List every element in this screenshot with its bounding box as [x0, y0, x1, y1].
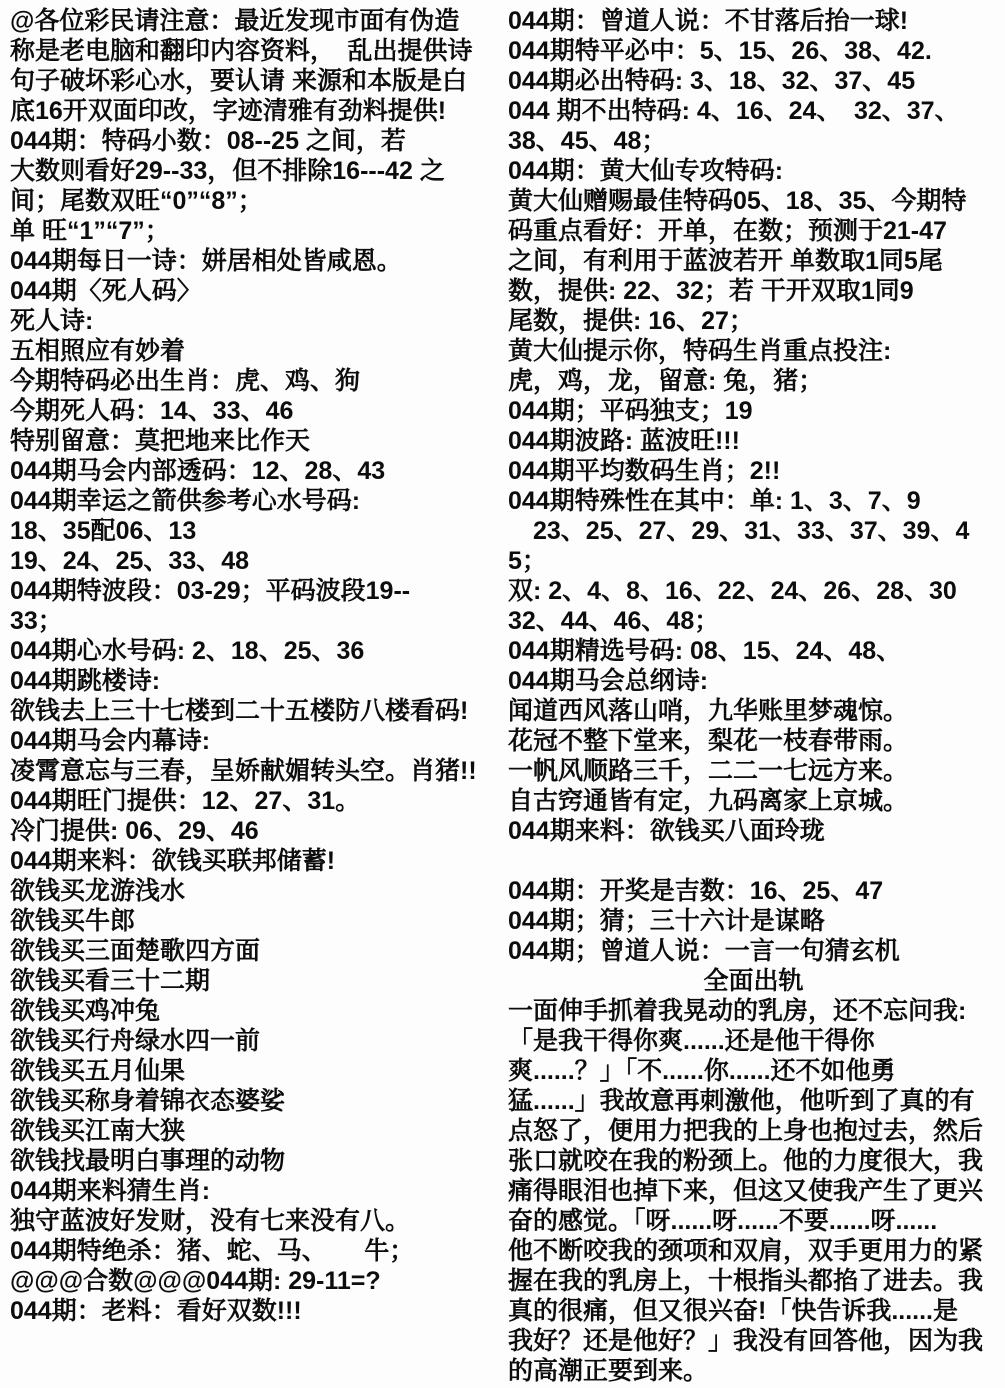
- text-line: 大数则看好29--33，但不排除16---42 之: [10, 156, 496, 186]
- text-line: 之间，有利用于蓝波若开 单数取1同5尾: [508, 246, 999, 276]
- text-line: 23、25、27、29、31、33、37、39、45；: [508, 516, 999, 576]
- text-line: 爽......？」「不......你......还不如他勇: [508, 1056, 999, 1086]
- text-line: 044期平均数码生肖；2!!: [508, 456, 999, 486]
- text-line: 38、45、48；: [508, 126, 999, 156]
- text-line: 044期跳楼诗:: [10, 666, 496, 696]
- text-line: 的高潮正要到来。: [508, 1356, 999, 1386]
- text-line: [508, 846, 999, 876]
- text-line: 黄大仙提示你，特码生肖重点投注:: [508, 336, 999, 366]
- text-line: 一面伸手抓着我晃动的乳房，还不忘问我:: [508, 996, 999, 1026]
- text-line: 044期来料：欲钱买联邦储蓄!: [10, 846, 496, 876]
- text-line: 044期特平必中：5、15、26、38、42.: [508, 36, 999, 66]
- text-line: 欲钱买看三十二期: [10, 966, 496, 996]
- text-line: 欲钱买行舟绿水四一前: [10, 1026, 496, 1056]
- text-line: 19、24、25、33、48: [10, 546, 496, 576]
- text-line: 握在我的乳房上，十根指头都掐了进去。我: [508, 1266, 999, 1296]
- text-line: 单 旺“1”“7”；: [10, 216, 496, 246]
- text-line: 33；: [10, 606, 496, 636]
- text-line: 欲钱买江南大狭: [10, 1116, 496, 1146]
- text-line: 044期来料猜生肖:: [10, 1176, 496, 1206]
- text-line: 欲钱买三面楚歌四方面: [10, 936, 496, 966]
- text-line: 044 期不出特码: 4、16、24、 32、37、: [508, 96, 999, 126]
- text-line: 044期：特码小数：08--25 之间，若: [10, 126, 496, 156]
- text-line: 044期波路: 蓝波旺!!!: [508, 426, 999, 456]
- text-line: 凌霄意忘与三春，呈娇献媚转头空。肖猪!!: [10, 756, 496, 786]
- text-line: 044期；平码独支；19: [508, 396, 999, 426]
- text-line: 一帆风顺路三千，二二一七远方来。: [508, 756, 999, 786]
- text-line: 数，提供: 22、32；若 干开双取1同9: [508, 276, 999, 306]
- text-line: 欲钱买五月仙果: [10, 1056, 496, 1086]
- text-line: 自古窍通皆有定，九码离家上京城。: [508, 786, 999, 816]
- right-column: 044期：曾道人说：不甘落后抬一球!044期特平必中：5、15、26、38、42…: [508, 6, 999, 1388]
- text-line: 花冠不整下堂来，梨花一枝春带雨。: [508, 726, 999, 756]
- text-line: 底16开双面印改，字迹清雅有劲料提供!: [10, 96, 496, 126]
- text-line: 奋的感觉。「呀......呀......不要......呀......: [508, 1206, 999, 1236]
- text-line: 044期心水号码: 2、18、25、36: [10, 636, 496, 666]
- text-line: 欲钱找最明白事理的动物: [10, 1146, 496, 1176]
- text-line: 「是我干得你爽......还是他干得你: [508, 1026, 999, 1056]
- text-line: 044期马会内部透码：12、28、43: [10, 456, 496, 486]
- text-line: 18、35配06、13: [10, 516, 496, 546]
- text-line: 044期马会总纲诗:: [508, 666, 999, 696]
- text-line: 特别留意：莫把地来比作天: [10, 426, 496, 456]
- text-line: 044期；曾道人说：一言一句猜玄机: [508, 936, 999, 966]
- text-line: 044期：老料：看好双数!!!: [10, 1296, 496, 1326]
- text-line: 044期旺门提供：12、27、31。: [10, 786, 496, 816]
- text-line: 五相照应有妙着: [10, 336, 496, 366]
- text-line: 双: 2、4、8、16、22、24、26、28、30: [508, 576, 999, 606]
- text-line: 他不断咬我的颈项和双肩，双手更用力的紧: [508, 1236, 999, 1266]
- text-line: 欲钱买鸡冲兔: [10, 996, 496, 1026]
- text-line: 句子破坏彩心水，要认请 来源和本版是白: [10, 66, 496, 96]
- text-line: 044期马会内幕诗:: [10, 726, 496, 756]
- text-line: 044期特波段：03-29；平码波段19--: [10, 576, 496, 606]
- text-line: 欲钱去上三十七楼到二十五楼防八楼看码!: [10, 696, 496, 726]
- text-line: 称是老电脑和翻印内容资料， 乱出提供诗: [10, 36, 496, 66]
- text-line: 尾数，提供: 16、27；: [508, 306, 999, 336]
- text-line: 独守蓝波好发财，没有七来没有八。: [10, 1206, 496, 1236]
- text-line: 欲钱买称身着锦衣态婆娑: [10, 1086, 496, 1116]
- text-line: 32、44、46、48；: [508, 606, 999, 636]
- text-line: 044期必出特码: 3、18、32、37、45: [508, 66, 999, 96]
- text-line: 点怒了，便用力把我的上身也抱过去，然后: [508, 1116, 999, 1146]
- text-line: 张口就咬在我的粉颈上。他的力度很大，我: [508, 1146, 999, 1176]
- text-line: 044期每日一诗：姘居相处皆咸恩。: [10, 246, 496, 276]
- text-line: 我好？还是他好？」我没有回答他，因为我: [508, 1326, 999, 1356]
- text-line: 今期特码必出生肖：虎、鸡、狗: [10, 366, 496, 396]
- text-line: 痛得眼泪也掉下来，但这又使我产生了更兴: [508, 1176, 999, 1206]
- text-line: 044期；猜；三十六计是谋略: [508, 906, 999, 936]
- text-line: 虎，鸡，龙，留意: 兔，猪；: [508, 366, 999, 396]
- text-line: 044期来料：欲钱买八面玲珑: [508, 816, 999, 846]
- text-line: 今期死人码：14、33、46: [10, 396, 496, 426]
- text-line: 044期：黄大仙专攻特码:: [508, 156, 999, 186]
- text-line: 欲钱买龙游浅水: [10, 876, 496, 906]
- text-line: 044期精选号码: 08、15、24、48、: [508, 636, 999, 666]
- text-line: 044期特绝杀：猪、蛇、马、 牛；: [10, 1236, 496, 1266]
- text-line: 欲钱买牛郎: [10, 906, 496, 936]
- text-line: @@@合数@@@044期: 29-11=?: [10, 1266, 496, 1296]
- text-line: 044期幸运之箭供参考心水号码:: [10, 486, 496, 516]
- text-line: 间；尾数双旺“0”“8”；: [10, 186, 496, 216]
- text-line: 冷门提供: 06、29、46: [10, 816, 496, 846]
- text-line: 闻道西风落山哨，九华账里梦魂惊。: [508, 696, 999, 726]
- text-line: 死人诗:: [10, 306, 496, 336]
- lottery-tip-sheet-page: @各位彩民请注意：最近发现市面有伪造称是老电脑和翻印内容资料， 乱出提供诗句子破…: [0, 0, 1005, 1388]
- text-line: 猛......」我故意再刺激他，他听到了真的有: [508, 1086, 999, 1116]
- text-line: @各位彩民请注意：最近发现市面有伪造: [10, 6, 496, 36]
- text-line: 044期：开奖是吉数：16、25、47: [508, 876, 999, 906]
- text-line: 全面出轨: [508, 966, 999, 996]
- text-line: 044期〈死人码〉: [10, 276, 496, 306]
- text-line: 044期：曾道人说：不甘落后抬一球!: [508, 6, 999, 36]
- text-line: 码重点看好：开单，在数；预测于21-47: [508, 216, 999, 246]
- text-line: 044期特殊性在其中：单: 1、3、7、9: [508, 486, 999, 516]
- left-column: @各位彩民请注意：最近发现市面有伪造称是老电脑和翻印内容资料， 乱出提供诗句子破…: [10, 6, 496, 1388]
- text-line: 真的很痛，但又很兴奋!「快告诉我......是: [508, 1296, 999, 1326]
- text-line: 黄大仙赠赐最佳特码05、18、35、今期特: [508, 186, 999, 216]
